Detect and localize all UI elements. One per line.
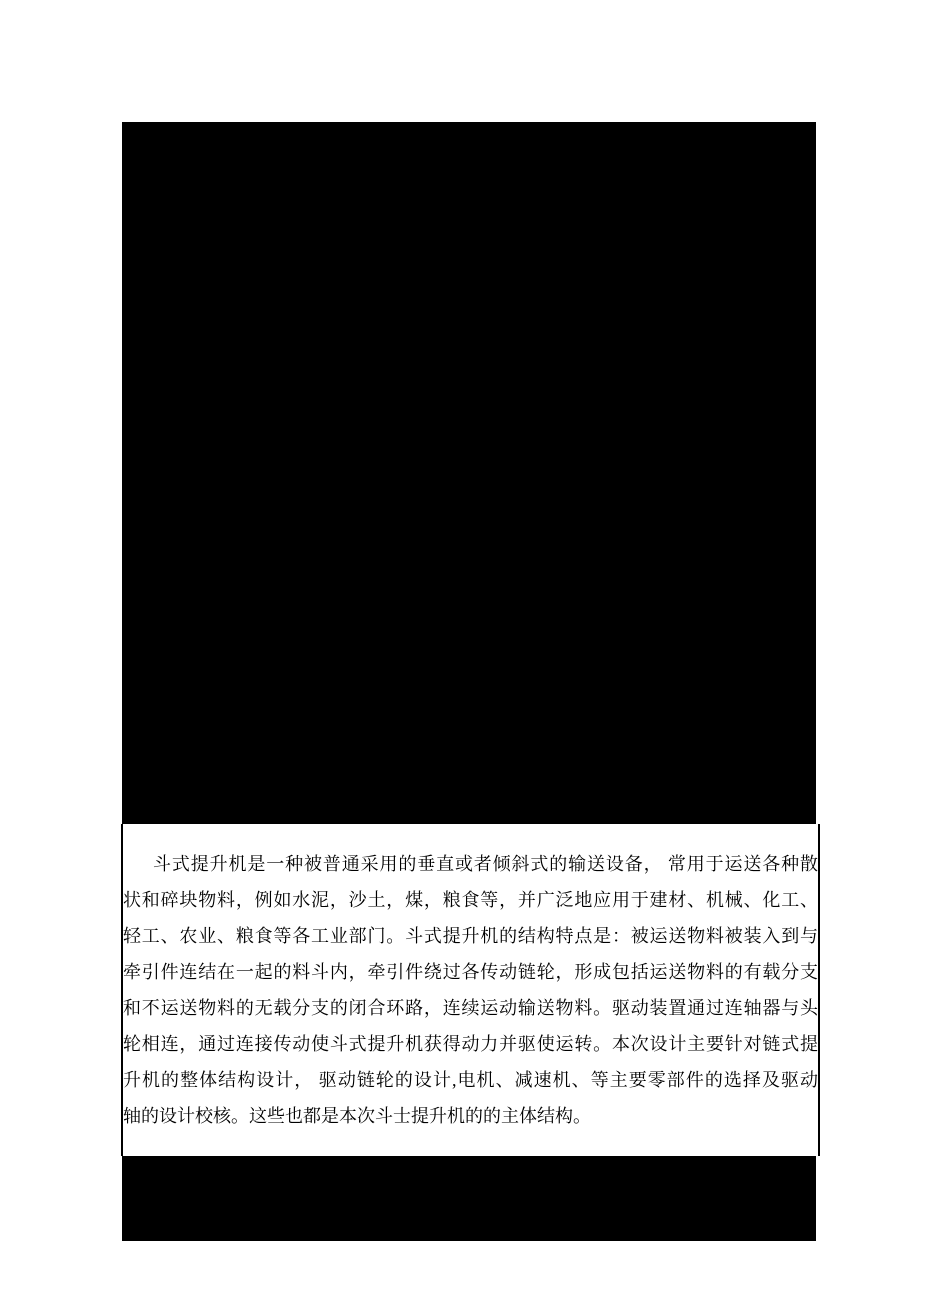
- paragraph-line: 和不运送物料的无载分支的闭合环路，连续运动输送物料。驱动装置通过连轴器与头: [123, 990, 818, 1026]
- paragraph-line: 牵引件连结在一起的料斗内，牵引件绕过各传动链轮，形成包括运送物料的有载分支: [123, 954, 818, 990]
- paragraph-cell: 斗式提升机是一种被普通采用的垂直或者倾斜式的输送设备， 常用于运送各种散状和碎块…: [121, 824, 820, 1156]
- bottom-figure-image: [122, 1156, 816, 1241]
- document-page: 斗式提升机是一种被普通采用的垂直或者倾斜式的输送设备， 常用于运送各种散状和碎块…: [0, 0, 926, 1310]
- top-figure-image: [122, 122, 816, 824]
- paragraph-line: 状和碎块物料，例如水泥，沙土，煤，粮食等，并广泛地应用于建材、机械、化工、: [123, 882, 818, 918]
- paragraph-line: 轮相连，通过连接传动使斗式提升机获得动力并驱使运转。本次设计主要针对链式提: [123, 1026, 818, 1062]
- paragraph-line: 轴的设计校核。这些也都是本次斗士提升机的的主体结构。: [123, 1098, 818, 1134]
- paragraph-line: 斗式提升机是一种被普通采用的垂直或者倾斜式的输送设备， 常用于运送各种散: [123, 846, 818, 882]
- paragraph-line: 轻工、农业、粮食等各工业部门。斗式提升机的结构特点是：被运送物料被装入到与: [123, 918, 818, 954]
- body-paragraph: 斗式提升机是一种被普通采用的垂直或者倾斜式的输送设备， 常用于运送各种散状和碎块…: [123, 824, 818, 1134]
- paragraph-line: 升机的整体结构设计， 驱动链轮的设计,电机、减速机、等主要零部件的选择及驱动: [123, 1062, 818, 1098]
